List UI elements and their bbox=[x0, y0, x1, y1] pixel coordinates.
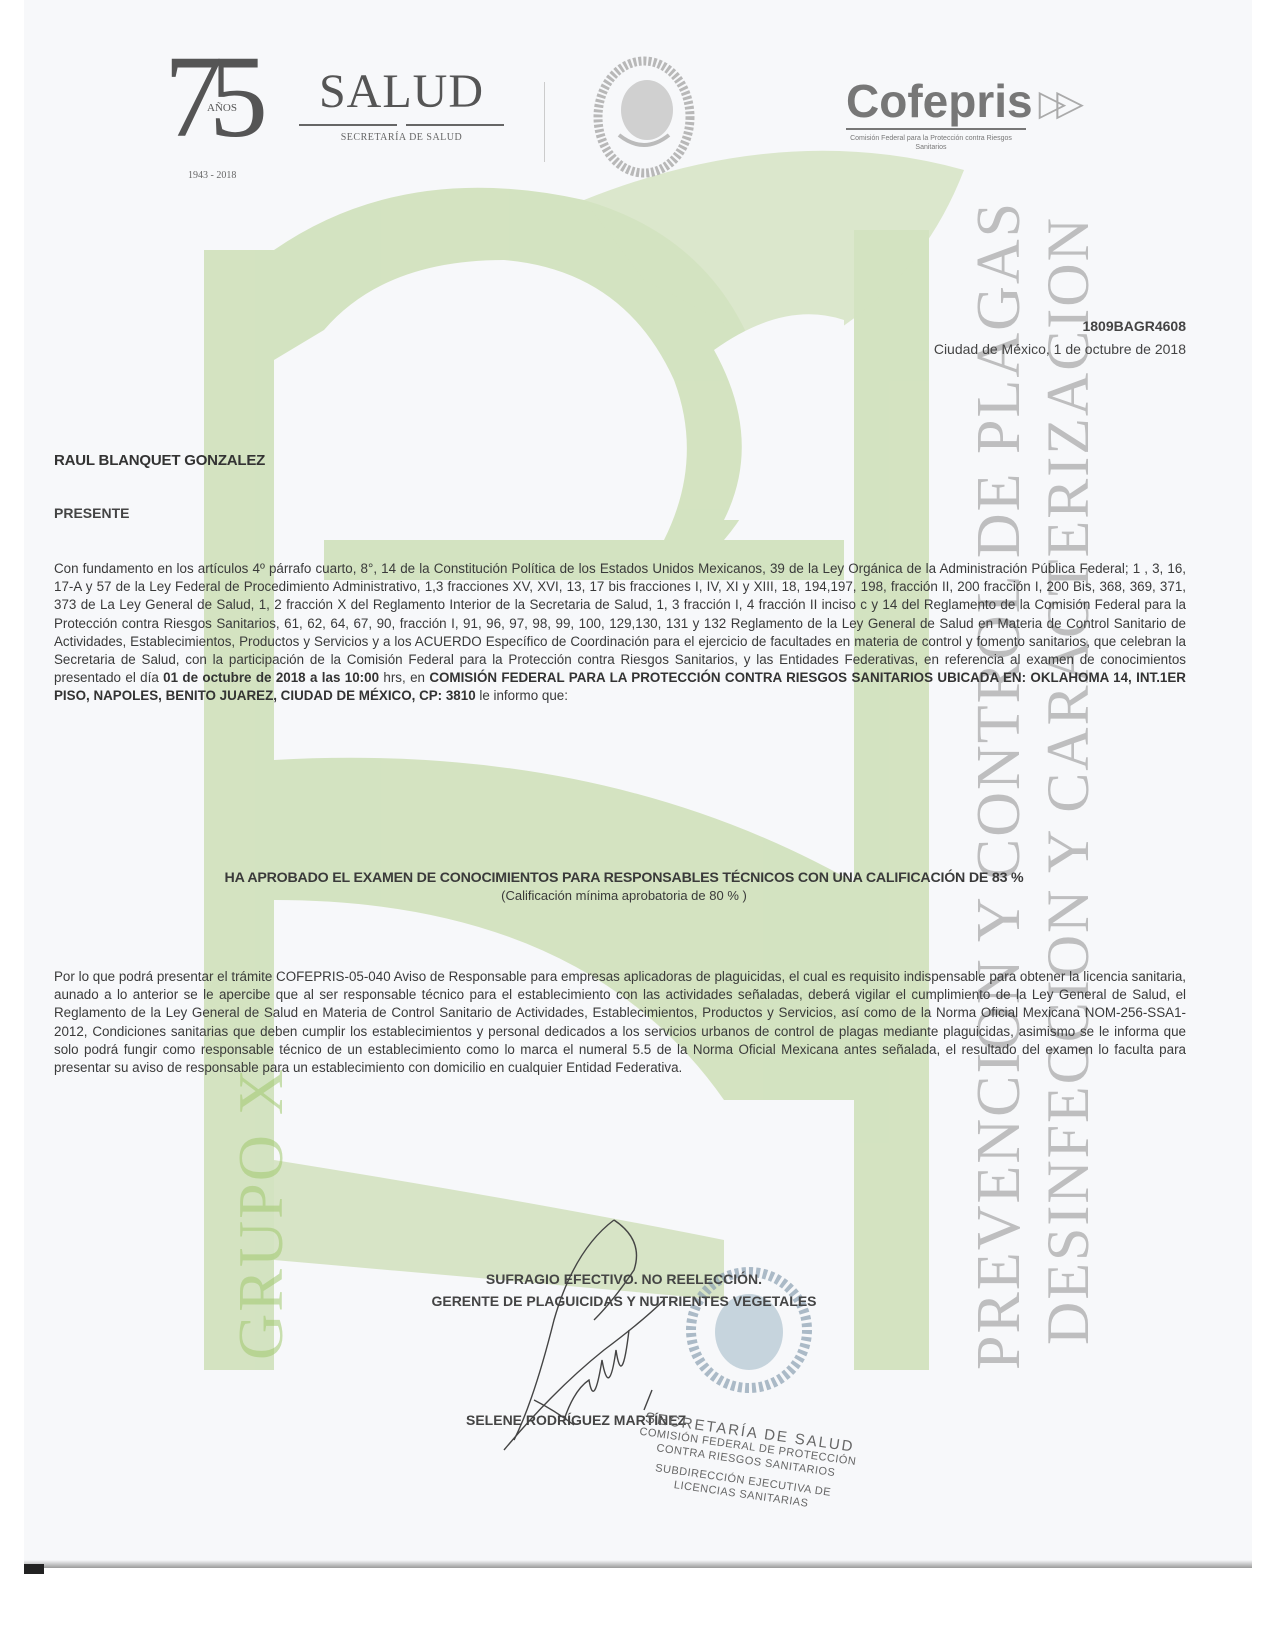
recipient-name: RAUL BLANQUET GONZALEZ bbox=[54, 452, 265, 469]
result-block: HA APROBADO EL EXAMEN DE CONOCIMIENTOS P… bbox=[84, 870, 1164, 903]
closing-motto: SUFRAGIO EFECTIVO. NO REELECCIÓN. bbox=[324, 1268, 924, 1290]
salud-rule bbox=[299, 124, 504, 126]
anniversary-logo: 75 AÑOS 1943 - 2018 bbox=[164, 48, 304, 188]
body1-text: Con fundamento en los artículos 4º párra… bbox=[54, 561, 1186, 685]
cofepris-logo: Cofepris▷▷ Comisión Federal para la Prot… bbox=[846, 78, 1116, 152]
body1-text-3: le informo que: bbox=[476, 688, 568, 703]
exam-date: 01 de octubre de 2018 a las 10:00 bbox=[163, 670, 379, 685]
mexico-coat-of-arms-icon bbox=[589, 55, 699, 185]
result-statement: HA APROBADO EL EXAMEN DE CONOCIMIENTOS P… bbox=[84, 870, 1164, 886]
document-page: GRUPO X PREVENCION Y CONTROL DE PLAGAS D… bbox=[24, 0, 1252, 1568]
watermark-left-text: GRUPO X bbox=[224, 1067, 298, 1360]
salutation: PRESENTE bbox=[54, 505, 129, 521]
salud-subtitle: SECRETARÍA DE SALUD bbox=[299, 132, 504, 143]
body1-text-2: hrs, en bbox=[379, 670, 429, 685]
cofepris-subtitle: Comisión Federal para la Protección cont… bbox=[846, 134, 1016, 152]
reference-block: 1809BAGR4608 Ciudad de México, 1 de octu… bbox=[934, 318, 1186, 357]
minimum-score-note: (Calificación mínima aprobatoria de 80 %… bbox=[84, 888, 1164, 903]
chevrons-icon: ▷▷ bbox=[1039, 82, 1074, 124]
reference-code: 1809BAGR4608 bbox=[934, 318, 1186, 334]
anniversary-label: AÑOS bbox=[206, 102, 238, 114]
page-corner-mark bbox=[24, 1564, 44, 1574]
page-bottom-edge bbox=[24, 1560, 1252, 1568]
salud-logo: SALUD SECRETARÍA DE SALUD bbox=[299, 68, 504, 143]
signer-title: GERENTE DE PLAGUICIDAS Y NUTRIENTES VEGE… bbox=[324, 1290, 924, 1312]
cofepris-name: Cofepris bbox=[846, 78, 1033, 124]
cofepris-rule bbox=[846, 128, 1026, 130]
anniversary-number: 75 bbox=[164, 38, 254, 156]
legal-basis-paragraph: Con fundamento en los artículos 4º párra… bbox=[54, 560, 1186, 706]
salud-title: SALUD bbox=[299, 68, 504, 116]
closing-block: SUFRAGIO EFECTIVO. NO REELECCIÓN. GERENT… bbox=[324, 1268, 924, 1312]
anniversary-years: 1943 - 2018 bbox=[188, 170, 236, 181]
instructions-paragraph: Por lo que podrá presentar el trámite CO… bbox=[54, 968, 1186, 1077]
watermark-right-text-2: DESINFECCION Y CARACTERIZACION bbox=[1034, 216, 1103, 1345]
watermark-right-text-1: PREVENCION Y CONTROL DE PLAGAS bbox=[964, 201, 1035, 1370]
place-date: Ciudad de México, 1 de octubre de 2018 bbox=[934, 341, 1186, 357]
header-divider bbox=[544, 82, 545, 162]
official-stamp-text: SECRETARÍA DE SALUD COMISIÓN FEDERAL DE … bbox=[611, 1408, 879, 1519]
